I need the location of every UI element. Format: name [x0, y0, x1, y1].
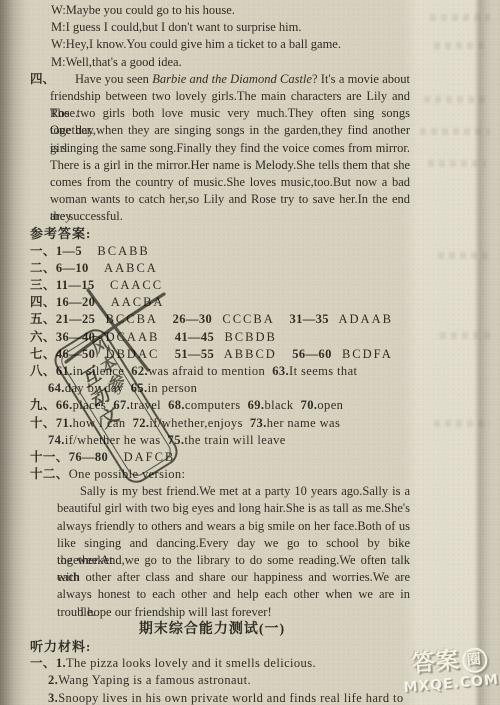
essay-line: always friendly to others and wears a bi… [30, 518, 410, 535]
answer-key-title: 参考答案: [30, 225, 410, 242]
passage-line: One day,when they are singing songs in t… [30, 122, 410, 139]
dialogue-line: W:Hey,I know.You could give him a ticket… [30, 36, 410, 53]
passage-line: are successful. [30, 208, 410, 225]
listening-row-label: 一、 [30, 656, 56, 670]
answer-row-label: 十二、 [30, 467, 69, 481]
section-label: 四、 [30, 71, 75, 88]
bleed-through-mark [434, 42, 488, 49]
answer-row-text: 6—10 AABCA [56, 261, 158, 275]
bleed-through-mark [440, 332, 490, 339]
bleed-through-mark [420, 128, 490, 135]
passage-line: friendship between two lovely girls.The … [30, 88, 410, 105]
answer-row-label: 四、 [30, 295, 56, 309]
answer-row-text: 1—5 BCABB [56, 244, 150, 258]
listening-script-line: 一、1.The pizza looks lovely and it smells… [30, 655, 410, 672]
essay-line: always honest to each other and help eac… [30, 586, 410, 603]
answer-row: 十二、One possible version: [30, 466, 410, 483]
listening-materials-label: 听力材料: [30, 638, 410, 655]
bleed-through-mark [430, 14, 490, 21]
bleed-through-mark [424, 96, 488, 103]
passage-line: comes from the country of music.She love… [30, 174, 410, 191]
answer-row-label: 一、 [30, 244, 56, 258]
listening-row-text: 1.The pizza looks lovely and it smells d… [56, 656, 316, 670]
answer-row-label: 九、 [30, 398, 56, 412]
answer-row: 二、6—10 AABCA [30, 260, 410, 277]
stamp-cross-mark [58, 288, 173, 373]
answer-row: 74.if/whether he was 75.the train will l… [30, 432, 410, 449]
watermark-logo-circle: 圈 [461, 647, 488, 674]
essay-line: I hope our friendship will last forever! [30, 604, 410, 621]
answer-row-label: 六、 [30, 330, 56, 344]
passage-line: woman wants to catch her,so Lily and Ros… [30, 191, 410, 208]
listening-script-line: 3.Snoopy lives in his own private world … [30, 690, 410, 705]
test-heading: 期末综合能力测试(一) [30, 621, 410, 638]
scanned-answer-page: W:Maybe you could go to his house. M:I g… [0, 0, 500, 705]
essay-line: Sally is my best friend.We met at a part… [30, 483, 410, 500]
passage-intro-line: 四、 Have you seen Barbie and the Diamond … [30, 71, 410, 88]
bleed-through-mark [438, 252, 490, 259]
dialogue-line: M:Well,that's a good idea. [30, 54, 410, 71]
answer-row-label: 五、 [30, 312, 56, 326]
passage-line: The two girls both love music very much.… [30, 105, 410, 122]
answer-row-label: 七、 [30, 347, 56, 361]
watermark-logo-text: 答案 [411, 647, 461, 677]
answer-row: 十一、76—80 DAFCB [30, 449, 410, 466]
answer-row: 一、1—5 BCABB [30, 243, 410, 260]
bleed-through-mark [428, 160, 486, 167]
answer-row-label: 十一、 [30, 450, 69, 464]
essay-line: each other after class and share our hap… [30, 569, 410, 586]
dialogue-line: M:I guess I could,but I don't want to su… [30, 19, 410, 36]
dialogue-line: W:Maybe you could go to his house. [30, 2, 410, 19]
passage-line: is singing the same song.Finally they fi… [30, 140, 410, 157]
answer-row-label: 二、 [30, 261, 56, 275]
essay-line: the weekend,we go to the library to do s… [30, 552, 410, 569]
listening-script-line: 2.Wang Yaping is a famous astronaut. [30, 672, 410, 689]
answer-row-label: 三、 [30, 278, 56, 292]
passage-intro-text: Have you seen Barbie and the Diamond Cas… [75, 71, 410, 88]
bleed-through-mark [434, 420, 490, 427]
essay-line: like singing and dancing.Every day we go… [30, 535, 410, 552]
essay-line: beautiful girl with two big eyes and lon… [30, 500, 410, 517]
listening-row-text: 2.Wang Yaping is a famous astronaut. [48, 673, 251, 687]
passage-line: There is a girl in the mirror.Her name i… [30, 157, 410, 174]
listening-row-text: 3.Snoopy lives in his own private world … [48, 691, 404, 705]
answer-row-label: 十、 [30, 416, 56, 430]
site-watermark: 答案圈 MXQE.COM [400, 644, 499, 696]
answer-row-label: 八、 [30, 364, 56, 378]
